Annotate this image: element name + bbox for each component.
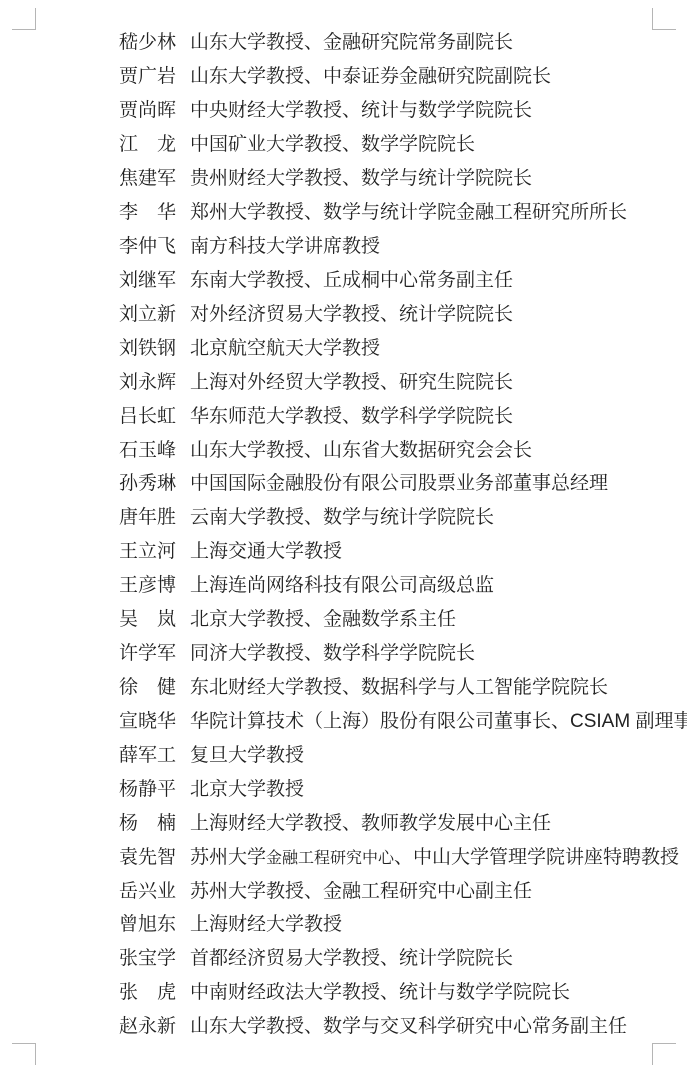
member-title: 北京大学教授、金融数学系主任 <box>190 610 456 629</box>
member-title: 上海交通大学教授 <box>190 542 342 561</box>
list-item: 宣晓华 华院计算技术（上海）股份有限公司董事长、CSIAM 副理事长 <box>119 704 677 738</box>
member-list: 嵇少林 山东大学教授、金融研究院常务副院长 贾广岩 山东大学教授、中泰证券金融研… <box>119 26 677 1044</box>
list-item: 李 华 郑州大学教授、数学与统计学院金融工程研究所所长 <box>119 196 677 230</box>
member-name: 唐年胜 <box>119 508 177 527</box>
list-item: 李仲飞 南方科技大学讲席教授 <box>119 230 677 264</box>
member-name: 王立河 <box>119 542 177 561</box>
list-item: 刘铁钢 北京航空航天大学教授 <box>119 331 677 365</box>
list-item: 岳兴业 苏州大学教授、金融工程研究中心副主任 <box>119 874 677 908</box>
member-name: 杨 楠 <box>119 814 177 833</box>
list-item: 杨静平 北京大学教授 <box>119 772 677 806</box>
list-item: 王立河 上海交通大学教授 <box>119 535 677 569</box>
member-name: 李仲飞 <box>119 237 177 256</box>
member-title: 东北财经大学教授、数据科学与人工智能学院院长 <box>190 678 608 697</box>
member-title: 中国国际金融股份有限公司股票业务部董事总经理 <box>190 474 608 493</box>
member-title: 山东大学教授、中泰证券金融研究院副院长 <box>190 67 551 86</box>
list-item: 徐 健 东北财经大学教授、数据科学与人工智能学院院长 <box>119 671 677 705</box>
member-title: 复旦大学教授 <box>190 746 304 765</box>
member-title-segment: 、中山大学管理学院讲座特聘教授 <box>394 847 679 868</box>
document-page: 嵇少林 山东大学教授、金融研究院常务副院长 贾广岩 山东大学教授、中泰证券金融研… <box>0 0 687 1080</box>
list-item: 张 虎 中南财经政法大学教授、统计与数学学院院长 <box>119 976 677 1010</box>
list-item: 石玉峰 山东大学教授、山东省大数据研究会会长 <box>119 433 677 467</box>
member-title: 贵州财经大学教授、数学与统计学院院长 <box>190 169 532 188</box>
member-name: 孙秀琳 <box>119 474 177 493</box>
member-title: 首都经济贸易大学教授、统计学院院长 <box>190 949 513 968</box>
member-name: 贾广岩 <box>119 67 177 86</box>
member-title-segment: 苏州大学 <box>190 847 266 868</box>
list-item: 刘继军 东南大学教授、丘成桐中心常务副主任 <box>119 263 677 297</box>
member-title: 郑州大学教授、数学与统计学院金融工程研究所所长 <box>190 203 627 222</box>
member-name: 李 华 <box>119 203 177 222</box>
member-title: 同济大学教授、数学科学学院院长 <box>190 644 475 663</box>
member-name: 江 龙 <box>119 135 177 154</box>
member-name: 岳兴业 <box>119 882 177 901</box>
list-item: 杨 楠 上海财经大学教授、教师教学发展中心主任 <box>119 806 677 840</box>
list-item: 江 龙 中国矿业大学教授、数学学院院长 <box>119 128 677 162</box>
member-title: 北京大学教授 <box>190 780 304 799</box>
member-name: 刘立新 <box>119 305 177 324</box>
list-item: 孙秀琳 中国国际金融股份有限公司股票业务部董事总经理 <box>119 467 677 501</box>
member-name: 焦建军 <box>119 169 177 188</box>
member-name: 刘永辉 <box>119 373 177 392</box>
list-item: 吴 岚 北京大学教授、金融数学系主任 <box>119 603 677 637</box>
list-item: 刘立新 对外经济贸易大学教授、统计学院院长 <box>119 297 677 331</box>
crop-mark-top-left <box>12 8 36 30</box>
member-name: 嵇少林 <box>119 33 177 52</box>
member-title: 苏州大学教授、金融工程研究中心副主任 <box>190 882 532 901</box>
member-name: 石玉峰 <box>119 441 177 460</box>
list-item: 吕长虹 华东师范大学教授、数学科学学院院长 <box>119 399 677 433</box>
member-title: 东南大学教授、丘成桐中心常务副主任 <box>190 271 513 290</box>
member-name: 张 虎 <box>119 983 177 1002</box>
member-title: 中国矿业大学教授、数学学院院长 <box>190 135 475 154</box>
member-title: 南方科技大学讲席教授 <box>190 237 380 256</box>
member-name: 许学军 <box>119 644 177 663</box>
member-name: 刘继军 <box>119 271 177 290</box>
list-item: 曾旭东 上海财经大学教授 <box>119 908 677 942</box>
member-title: 云南大学教授、数学与统计学院院长 <box>190 508 494 527</box>
member-name: 吕长虹 <box>119 407 177 426</box>
list-item: 赵永新 山东大学教授、数学与交叉科学研究中心常务副主任 <box>119 1010 677 1044</box>
member-name: 赵永新 <box>119 1017 177 1036</box>
list-item: 薛军工 复旦大学教授 <box>119 738 677 772</box>
member-name: 吴 岚 <box>119 610 177 629</box>
list-item: 刘永辉 上海对外经贸大学教授、研究生院院长 <box>119 365 677 399</box>
member-name: 刘铁钢 <box>119 339 177 358</box>
list-item: 袁先智 苏州大学金融工程研究中心、中山大学管理学院讲座特聘教授 <box>119 840 677 874</box>
member-name: 杨静平 <box>119 780 177 799</box>
member-title: 华东师范大学教授、数学科学学院院长 <box>190 407 513 426</box>
member-title-segment-small: 金融工程研究中心 <box>266 850 394 867</box>
member-title: 上海连尚网络科技有限公司高级总监 <box>190 576 494 595</box>
member-name: 徐 健 <box>119 678 177 697</box>
member-name: 王彦博 <box>119 576 177 595</box>
member-name: 宣晓华 <box>119 712 177 731</box>
list-item: 许学军 同济大学教授、数学科学学院院长 <box>119 637 677 671</box>
list-item: 王彦博 上海连尚网络科技有限公司高级总监 <box>119 569 677 603</box>
member-title: 中南财经政法大学教授、统计与数学学院院长 <box>190 983 570 1002</box>
member-title: 对外经济贸易大学教授、统计学院院长 <box>190 305 513 324</box>
member-name: 贾尚晖 <box>119 101 177 120</box>
list-item: 焦建军 贵州财经大学教授、数学与统计学院院长 <box>119 162 677 196</box>
member-title: 苏州大学金融工程研究中心、中山大学管理学院讲座特聘教授 <box>190 848 679 867</box>
member-title: 中央财经大学教授、统计与数学学院院长 <box>190 101 532 120</box>
list-item: 嵇少林 山东大学教授、金融研究院常务副院长 <box>119 26 677 60</box>
list-item: 贾尚晖 中央财经大学教授、统计与数学学院院长 <box>119 94 677 128</box>
crop-mark-bottom-right <box>652 1043 676 1065</box>
member-title: 华院计算技术（上海）股份有限公司董事长、CSIAM 副理事长 <box>190 712 687 731</box>
member-title: 北京航空航天大学教授 <box>190 339 380 358</box>
list-item: 唐年胜 云南大学教授、数学与统计学院院长 <box>119 501 677 535</box>
list-item: 贾广岩 山东大学教授、中泰证券金融研究院副院长 <box>119 60 677 94</box>
member-name: 张宝学 <box>119 949 177 968</box>
member-title: 上海财经大学教授 <box>190 915 342 934</box>
member-name: 袁先智 <box>119 848 177 867</box>
member-name: 薛军工 <box>119 746 177 765</box>
member-name: 曾旭东 <box>119 915 177 934</box>
list-item: 张宝学 首都经济贸易大学教授、统计学院院长 <box>119 942 677 976</box>
member-title: 上海财经大学教授、教师教学发展中心主任 <box>190 814 551 833</box>
crop-mark-bottom-left <box>12 1043 36 1065</box>
member-title: 上海对外经贸大学教授、研究生院院长 <box>190 373 513 392</box>
member-title: 山东大学教授、数学与交叉科学研究中心常务副主任 <box>190 1017 627 1036</box>
member-title: 山东大学教授、金融研究院常务副院长 <box>190 33 513 52</box>
member-title: 山东大学教授、山东省大数据研究会会长 <box>190 441 532 460</box>
